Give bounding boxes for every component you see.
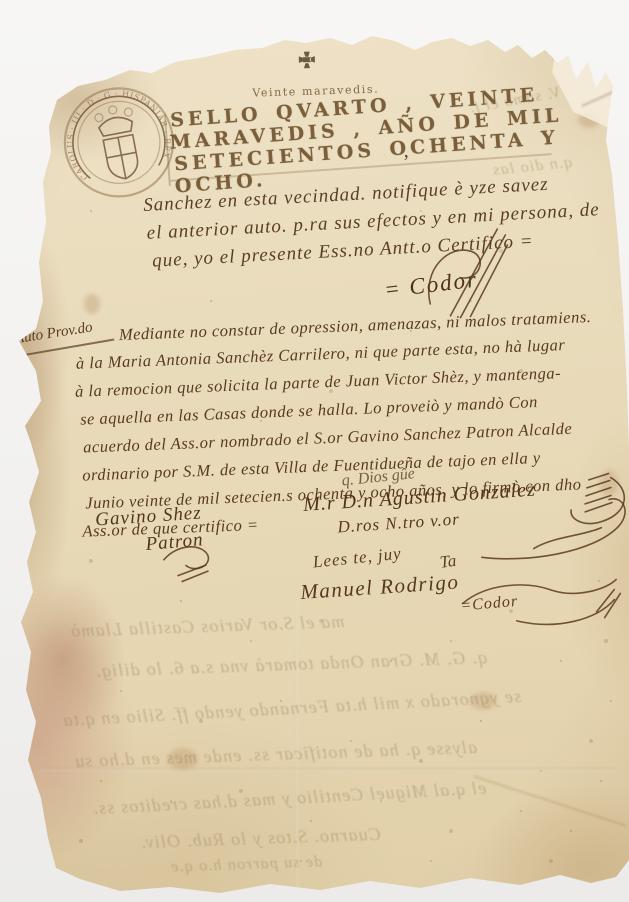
foxing-speckles [0, 0, 2, 2]
scribe-name: Manuel Rodrigo [300, 570, 461, 605]
rubric-flourish-icon [473, 469, 629, 566]
rubric-flourish-icon [456, 571, 627, 633]
maltese-cross-icon [299, 52, 315, 69]
manuscript-page: el auto q. V. samo el f. q.n dio las ma … [0, 0, 629, 902]
photo-backdrop: el auto q. V. samo el f. q.n dio las ma … [0, 0, 629, 902]
ink-layer: Veinte maravedis. CAROLUS · III · D · G … [0, 0, 629, 902]
bleedthrough-line: el auto q. [2, 210, 35, 284]
attestation: Lees te, juy [312, 544, 403, 573]
asesor-signature-title: D.ros N.tro v.or [337, 509, 461, 537]
ink-mark: ’ [401, 151, 409, 174]
rubric-flourish-icon [419, 223, 510, 319]
rubric-flourish-icon [158, 539, 229, 585]
